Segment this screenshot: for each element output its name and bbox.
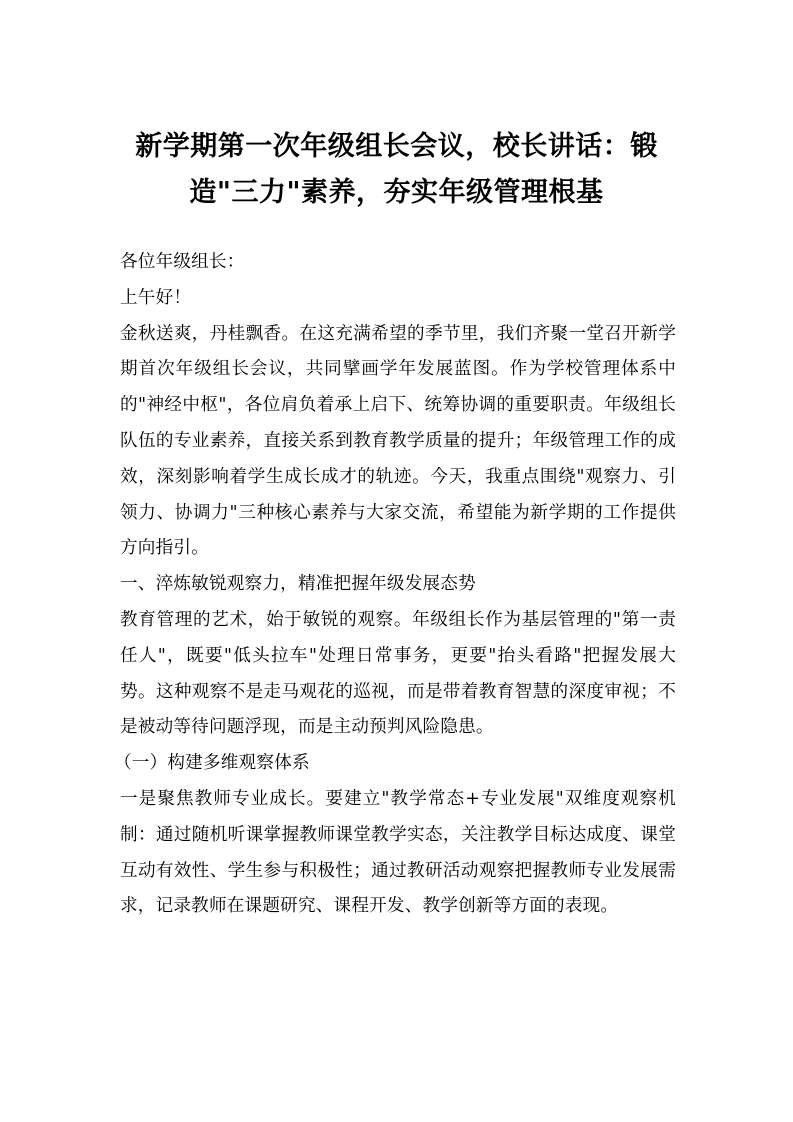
paragraph-intro: 金秋送爽，丹桂飘香。在这充满希望的季节里，我们齐聚一堂召开新学期首次年级组长会议…: [120, 317, 676, 568]
subsection-heading-1: （一）构建多维观察体系: [114, 746, 676, 782]
paragraph-observation: 教育管理的艺术，始于敏锐的观察。年级组长作为基层管理的"第一责任人"，既要"低头…: [120, 603, 676, 746]
section-heading-1: 一、淬炼敏锐观察力，精准把握年级发展态势: [120, 567, 676, 603]
greeting: 上午好！: [120, 281, 676, 317]
document-title: 新学期第一次年级组长会议，校长讲话：锻造"三力"素养，夯实年级管理根基: [110, 124, 683, 216]
document-body: 各位年级组长： 上午好！ 金秋送爽，丹桂飘香。在这充满希望的季节里，我们齐聚一堂…: [120, 245, 676, 925]
paragraph-teacher-growth: 一是聚焦教师专业成长。要建立"教学常态+专业发展"双维度观察机制：通过随机听课掌…: [120, 782, 676, 925]
document-page: 新学期第一次年级组长会议，校长讲话：锻造"三力"素养，夯实年级管理根基 各位年级…: [0, 0, 793, 1122]
salutation: 各位年级组长：: [120, 245, 676, 281]
